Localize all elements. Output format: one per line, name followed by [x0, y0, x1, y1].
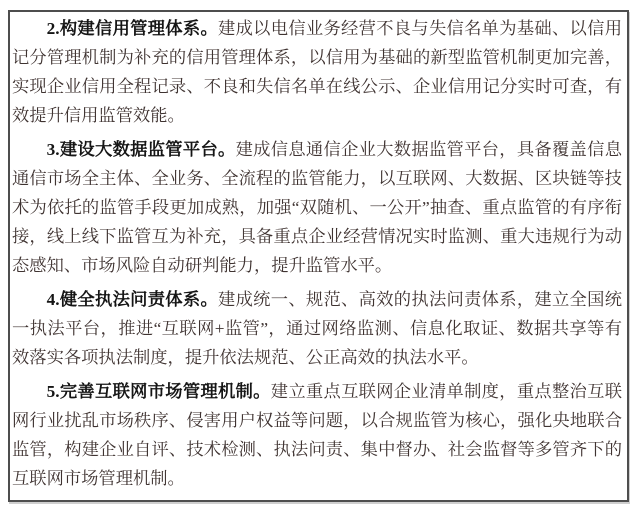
paragraph-heading-credit-management: 2.构建信用管理体系。 [47, 19, 218, 38]
paragraph-heading-law-enforcement: 4.健全执法问责体系。 [47, 290, 218, 309]
paragraph-big-data-platform: 3.建设大数据监管平台。建成信息通信企业大数据监管平台，具备覆盖信息通信市场全主… [12, 135, 622, 280]
paragraph-law-enforcement-accountability: 4.健全执法问责体系。建成统一、规范、高效的执法问责体系，建立全国统一执法平台，… [12, 285, 622, 372]
paragraph-internet-market-management: 5.完善互联网市场管理机制。建立重点互联网企业清单制度，重点整治互联网行业扰乱市… [12, 377, 622, 493]
paragraph-heading-big-data-platform: 3.建设大数据监管平台。 [47, 140, 236, 159]
paragraph-credit-management-system: 2.构建信用管理体系。建成以电信业务经营不良与失信名单为基础、以信用记分管理机制… [12, 14, 622, 130]
document-border-box: 2.构建信用管理体系。建成以电信业务经营不良与失信名单为基础、以信用记分管理机制… [8, 10, 629, 502]
paragraph-body-big-data-platform: 建成信息通信企业大数据监管平台，具备覆盖信息通信市场全主体、全业务、全流程的监管… [12, 140, 622, 275]
paragraph-heading-internet-market: 5.完善互联网市场管理机制。 [47, 382, 271, 401]
